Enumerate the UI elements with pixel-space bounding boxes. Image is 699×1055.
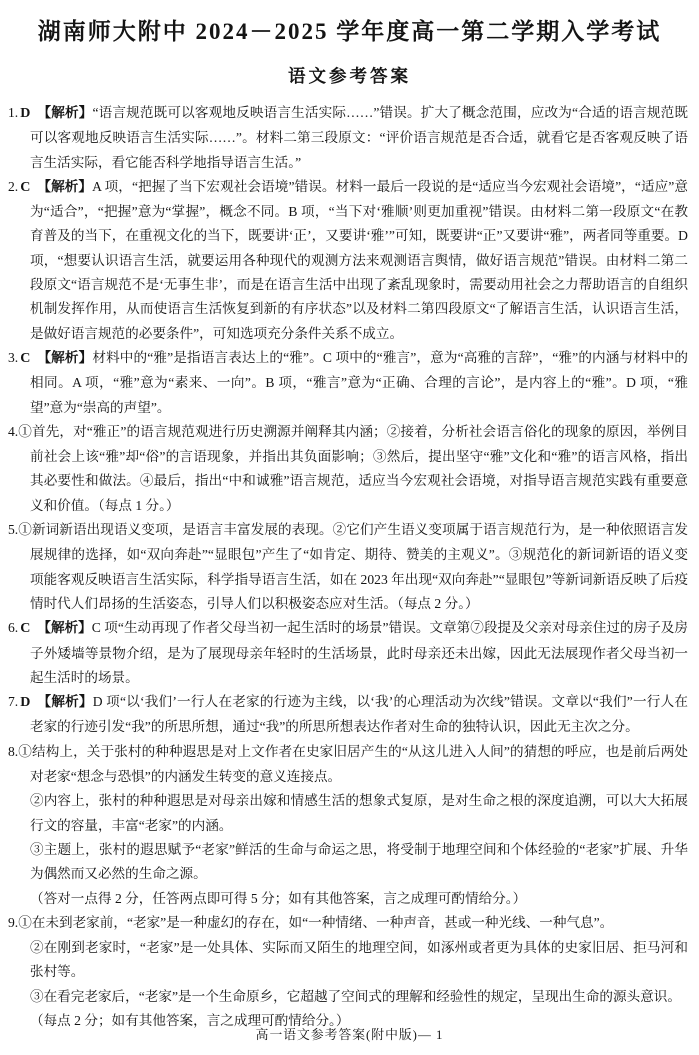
analysis-tag: 【解析】	[37, 105, 92, 120]
answer-paragraph: ③在看完老家后，“老家”是一个生命原乡，它超越了空间式的理解和经验性的规定，呈现…	[30, 985, 688, 1009]
answer-paragraph: 2.C【解析】A 项，“把握了当下宏观社会语境”错误。材料一最后一段说的是“适应…	[30, 175, 688, 346]
answer-text: ①首先，对“雅正”的语言规范观进行历史溯源并阐释其内涵；②接着，分析社会语言俗化…	[18, 424, 688, 513]
answer-paragraph: 6.C【解析】C 项“生动再现了作者父母当初一起生活时的场景”错误。文章第⑦段提…	[30, 616, 688, 690]
answer-number: 5.	[8, 522, 18, 537]
answer-paragraph: ③主题上，张村的遐思赋予“老家”鲜活的生命与命运之思，将受制于地理空间和个体经验…	[30, 838, 688, 887]
answer-paragraph: 5.①新词新语出现语义变项，是语言丰富发展的表现。②它们产生语义变项属于语言规范…	[30, 518, 688, 616]
answer-item-9: 9.①在未到老家前，“老家”是一种虚幻的存在，如“一种情绪、一种声音，甚或一种光…	[8, 911, 688, 1033]
answer-number: 4.	[8, 424, 18, 439]
answer-choice: D	[20, 106, 30, 121]
answer-number: 8.	[8, 744, 18, 759]
answer-sheet-page: 湖南师大附中 2024－2025 学年度高一第二学期入学考试 语文参考答案 1.…	[0, 0, 699, 1055]
answer-paragraph: 4.①首先，对“雅正”的语言规范观进行历史溯源并阐释其内涵；②接着，分析社会语言…	[30, 420, 688, 518]
answer-text: ①新词新语出现语义变项，是语言丰富发展的表现。②它们产生语义变项属于语言规范行为…	[18, 522, 688, 611]
answer-item-8: 8.①结构上，关于张村的种种遐思是对上文作者在史家旧居产生的“从这儿进入人间”的…	[8, 740, 688, 911]
answer-number: 9.	[8, 915, 18, 930]
answer-paragraph: ②内容上，张村的种种遐思是对母亲出嫁和情感生活的想象式复原，是对生命之根的深度追…	[30, 789, 688, 838]
analysis-tag: 【解析】	[37, 694, 92, 709]
analysis-tag: 【解析】	[37, 179, 92, 194]
answer-key-subtitle: 语文参考答案	[0, 65, 699, 87]
answer-paragraph: 3.C【解析】材料中的“雅”是指语言表达上的“雅”。C 项中的“雅言”，意为“高…	[30, 346, 688, 420]
answer-choice: C	[20, 351, 30, 366]
answer-number: 1.	[8, 105, 18, 120]
answer-number: 7.	[8, 694, 18, 709]
answer-text: C 项“生动再现了作者父母当初一起生活时的场景”错误。文章第⑦段提及父亲对母亲住…	[30, 620, 688, 685]
page-footer: 高一语文参考答案(附中版)— 1	[0, 1024, 699, 1043]
answer-text: 材料中的“雅”是指语言表达上的“雅”。C 项中的“雅言”，意为“高雅的言辞”，“…	[30, 350, 688, 415]
answer-item-5: 5.①新词新语出现语义变项，是语言丰富发展的表现。②它们产生语义变项属于语言规范…	[8, 518, 688, 616]
answer-paragraph: ②在刚到老家时，“老家”是一处具体、实际而又陌生的地理空间，如涿州或者更为具体的…	[30, 936, 688, 985]
answer-choice: C	[20, 180, 30, 195]
answer-paragraph: 8.①结构上，关于张村的种种遐思是对上文作者在史家旧居产生的“从这儿进入人间”的…	[30, 740, 688, 790]
answer-item-1: 1.D【解析】“语言规范既可以客观地反映语言生活实际……”错误。扩大了概念范围，…	[8, 101, 688, 175]
answer-paragraph: 7.D【解析】D 项“以‘我们’一行人在老家的行迹为主线，以‘我’的心理活动为次…	[30, 690, 688, 740]
answer-paragraph: 1.D【解析】“语言规范既可以客观地反映语言生活实际……”错误。扩大了概念范围，…	[30, 101, 688, 175]
answer-text: A 项，“把握了当下宏观社会语境”错误。材料一最后一段说的是“适应当今宏观社会语…	[30, 179, 688, 341]
answer-item-7: 7.D【解析】D 项“以‘我们’一行人在老家的行迹为主线，以‘我’的心理活动为次…	[8, 690, 688, 740]
answer-choice: C	[20, 621, 30, 636]
answer-number: 3.	[8, 350, 18, 365]
answer-choice: D	[20, 695, 30, 710]
answer-text: D 项“以‘我们’一行人在老家的行迹为主线，以‘我’的心理活动为次线”错误。文章…	[30, 694, 688, 734]
answer-paragraph: 9.①在未到老家前，“老家”是一种虚幻的存在，如“一种情绪、一种声音，甚或一种光…	[30, 911, 688, 936]
answer-text: ①在未到老家前，“老家”是一种虚幻的存在，如“一种情绪、一种声音，甚或一种光线、…	[18, 915, 613, 930]
answer-item-3: 3.C【解析】材料中的“雅”是指语言表达上的“雅”。C 项中的“雅言”，意为“高…	[8, 346, 688, 420]
scoring-note: （答对一点得 2 分，任答两点即可得 5 分；如有其他答案，言之成理可酌情给分。…	[30, 887, 688, 911]
analysis-tag: 【解析】	[37, 350, 92, 365]
answers-body: 1.D【解析】“语言规范既可以客观地反映语言生活实际……”错误。扩大了概念范围，…	[8, 101, 688, 1033]
analysis-tag: 【解析】	[37, 620, 91, 635]
answer-text: ①结构上，关于张村的种种遐思是对上文作者在史家旧居产生的“从这儿进入人间”的猜想…	[18, 744, 688, 784]
answer-text: “语言规范既可以客观地反映语言生活实际……”错误。扩大了概念范围，应改为“合适的…	[30, 105, 688, 170]
answer-number: 6.	[8, 620, 18, 635]
exam-title: 湖南师大附中 2024－2025 学年度高一第二学期入学考试	[0, 0, 699, 47]
answer-item-6: 6.C【解析】C 项“生动再现了作者父母当初一起生活时的场景”错误。文章第⑦段提…	[8, 616, 688, 690]
answer-number: 2.	[8, 179, 18, 194]
answer-item-4: 4.①首先，对“雅正”的语言规范观进行历史溯源并阐释其内涵；②接着，分析社会语言…	[8, 420, 688, 518]
answer-item-2: 2.C【解析】A 项，“把握了当下宏观社会语境”错误。材料一最后一段说的是“适应…	[8, 175, 688, 346]
